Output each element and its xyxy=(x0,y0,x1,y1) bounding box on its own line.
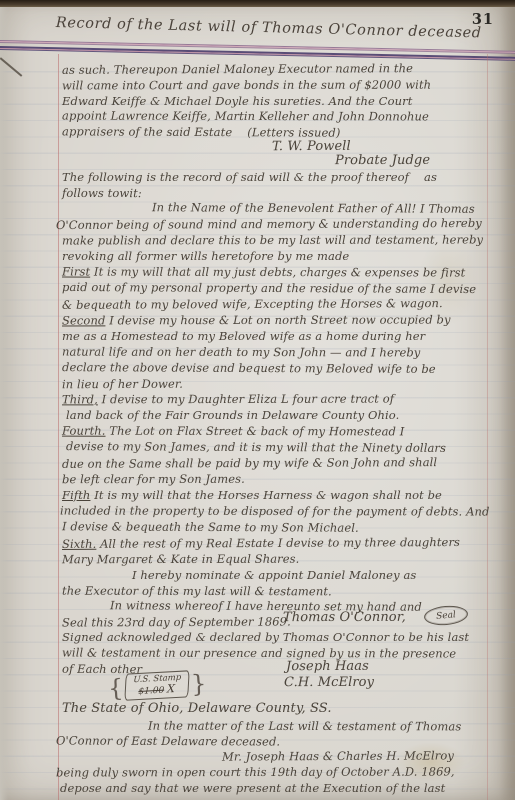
manuscript-line-15: paid out of my personal property and the… xyxy=(62,280,476,296)
manuscript-line-21: in lieu of her Dower. xyxy=(62,377,183,392)
manuscript-line-33: I hereby nominate & appoint Daniel Malon… xyxy=(132,568,416,582)
manuscript-line-46: Mr. Joseph Haas & Charles H. McElroy xyxy=(222,748,454,763)
manuscript-line-34: the Executor of this my last will & test… xyxy=(62,584,332,599)
stamp-amount: $1.00 xyxy=(138,686,164,697)
manuscript-line-1: as such. Thereupon Daniel Maloney Execut… xyxy=(62,61,413,77)
manuscript-line-47: being duly sworn in open court this 19th… xyxy=(56,765,455,780)
manuscript-line-3: Edward Keiffe & Michael Doyle his sureti… xyxy=(62,94,412,108)
manuscript-line-44: In the matter of the Last will & testame… xyxy=(148,719,461,734)
manuscript-line-18: me as a Homestead to my Beloved wife as … xyxy=(62,329,425,343)
manuscript-line-39: will & testament in our presence and sig… xyxy=(62,646,456,661)
manuscript-line-22: Third, I devise to my Daughter Eliza L f… xyxy=(62,392,394,407)
manuscript-line-37: Thomas O'Connor, xyxy=(283,611,406,625)
manuscript-line-32: Mary Margaret & Kate in Equal Shares. xyxy=(62,552,299,567)
manuscript-line-11: O'Connor being of sound mind and memory … xyxy=(56,216,482,232)
stamp-x-mark: X xyxy=(167,682,176,695)
manuscript-line-29: included in the property to be disposed … xyxy=(60,503,490,518)
manuscript-line-28: Fifth It is my will that the Horses Harn… xyxy=(62,488,442,502)
book-top-edge xyxy=(0,0,515,7)
stamp-brace-left: { xyxy=(107,675,124,700)
header-title: Record of the Last will of Thomas O'Conn… xyxy=(56,15,482,41)
stamp-line2: $1.00 X xyxy=(133,683,181,699)
margin-line-right xyxy=(487,54,488,800)
manuscript-line-25: devise to my Son James, and it is my wil… xyxy=(66,439,446,455)
page-left-edge xyxy=(0,0,8,800)
manuscript-line-10: In the Name of the Benevolent Father of … xyxy=(152,200,475,216)
manuscript-line-20: declare the above devise and bequest to … xyxy=(62,360,436,376)
manuscript-line-48: depose and say that we were present at t… xyxy=(60,781,445,795)
manuscript-line-36: Seal this 23rd day of September 1869. xyxy=(62,614,291,629)
manuscript-line-17: Second I devise my house & Lot on north … xyxy=(62,313,451,328)
manuscript-line-41: Joseph Haas xyxy=(286,660,369,674)
manuscript-line-31: Sixth. All the rest of my Real Estate I … xyxy=(62,535,460,551)
manuscript-line-13: revoking all former wills heretofore by … xyxy=(62,249,349,263)
manuscript-line-16: & bequeath to my beloved wife, Excepting… xyxy=(62,296,443,312)
manuscript-line-9: follows towit: xyxy=(62,186,142,200)
manuscript-line-45: O'Connor of East Delaware deceased. xyxy=(56,733,280,748)
manuscript-line-5: appraisers of the said Estate (Letters i… xyxy=(62,124,341,139)
decorative-band xyxy=(0,40,515,61)
manuscript-line-19: natural life and on her death to my Son … xyxy=(62,345,420,360)
manuscript-line-2: will came into Court and gave bonds in t… xyxy=(62,78,431,93)
manuscript-line-23: land back of the Fair Grounds in Delawar… xyxy=(66,408,399,422)
seal-label: Seal xyxy=(436,610,457,622)
manuscript-line-27: be left clear for my Son James. xyxy=(62,472,245,486)
manuscript-line-6: T. W. Powell xyxy=(272,140,351,154)
manuscript-line-38: Signed acknowledged & declared by Thomas… xyxy=(62,630,469,644)
manuscript-line-7: Probate Judge xyxy=(335,154,430,168)
manuscript-line-14: First It is my will that all my just deb… xyxy=(62,265,465,280)
manuscript-line-12: make publish and declare this to be my l… xyxy=(62,232,483,247)
manuscript-line-42: C.H. McElroy xyxy=(284,676,374,690)
manuscript-line-43: The State of Ohio, Delaware County, SS. xyxy=(62,702,332,716)
revenue-stamp: { U.S. Stamp $1.00 X } xyxy=(107,669,207,701)
manuscript-line-24: Fourth. The Lot on Flax Street & back of… xyxy=(62,424,404,439)
stamp-brace-right: } xyxy=(190,671,207,696)
manuscript-line-8: The following is the record of said will… xyxy=(62,170,437,184)
stamp-box: U.S. Stamp $1.00 X xyxy=(125,670,190,700)
ledger-page: 31 Record of the Last will of Thomas O'C… xyxy=(0,0,515,800)
margin-line-left xyxy=(58,54,59,800)
manuscript-line-4: appoint Lawrence Keiffe, Martin Kelleher… xyxy=(62,109,429,124)
manuscript-line-26: due on the Same shall be paid by my wife… xyxy=(62,455,437,471)
seal-scribble: Seal xyxy=(423,604,468,627)
manuscript-line-30: I devise & bequeath the Same to my Son M… xyxy=(62,519,359,534)
